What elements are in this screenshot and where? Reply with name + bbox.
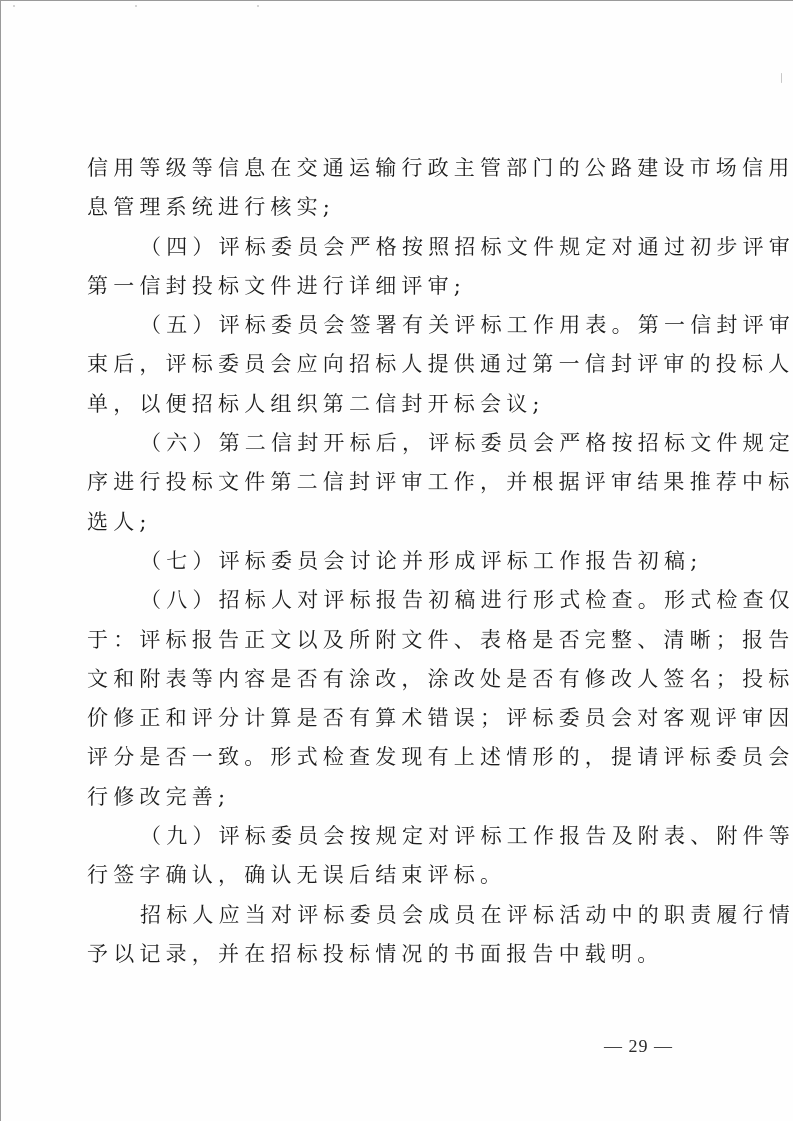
scan-speck [13,5,15,7]
text-line-clause-9: （九）评标委员会按规定对评标工作报告及附表、附件等进 [87,817,699,856]
scan-speck [781,73,782,83]
text-line-closing: 招标人应当对评标委员会成员在评标活动中的职责履行情况 [87,896,699,935]
text-line-clause-7: （七）评标委员会讨论并形成评标工作报告初稿; [87,542,699,581]
document-page: 信用等级等信息在交通运输行政主管部门的公路建设市场信用信 息管理系统进行核实; … [0,0,793,1121]
text-line: 文和附表等内容是否有涂改，涂改处是否有修改人签名；投标报 [87,660,699,699]
page-number: — 29 — [604,1036,673,1057]
text-line-clause-4: （四）评标委员会严格按照招标文件规定对通过初步评审的 [87,228,699,267]
text-line-clause-6: （六）第二信封开标后，评标委员会严格按招标文件规定程 [87,424,699,463]
text-line: 息管理系统进行核实; [87,188,699,227]
text-line: 价修正和评分计算是否有算术错误；评标委员会对客观评审因素 [87,699,699,738]
scan-speck [257,5,259,7]
text-line: 评分是否一致。形式检查发现有上述情形的，提请评标委员会进 [87,738,699,777]
text-line: 第一信封投标文件进行详细评审; [87,267,699,306]
text-line: 选人; [87,503,699,542]
text-line: 行签字确认，确认无误后结束评标。 [87,856,699,895]
text-line: 于：评标报告正文以及所附文件、表格是否完整、清晰；报告正 [87,621,699,660]
text-line: 序进行投标文件第二信封评审工作，并根据评审结果推荐中标候 [87,463,699,502]
scan-speck [135,5,137,7]
text-line-clause-5: （五）评标委员会签署有关评标工作用表。第一信封评审结 [87,306,699,345]
text-line: 信用等级等信息在交通运输行政主管部门的公路建设市场信用信 [87,149,699,188]
text-line: 单，以便招标人组织第二信封开标会议; [87,385,699,424]
text-line: 束后，评标委员会应向招标人提供通过第一信封评审的投标人名 [87,345,699,384]
text-line: 予以记录，并在招标投标情况的书面报告中载明。 [87,935,699,974]
text-line-clause-8: （八）招标人对评标报告初稿进行形式检查。形式检查仅限 [87,581,699,620]
document-body: 信用等级等信息在交通运输行政主管部门的公路建设市场信用信 息管理系统进行核实; … [87,149,699,974]
text-line: 行修改完善; [87,778,699,817]
